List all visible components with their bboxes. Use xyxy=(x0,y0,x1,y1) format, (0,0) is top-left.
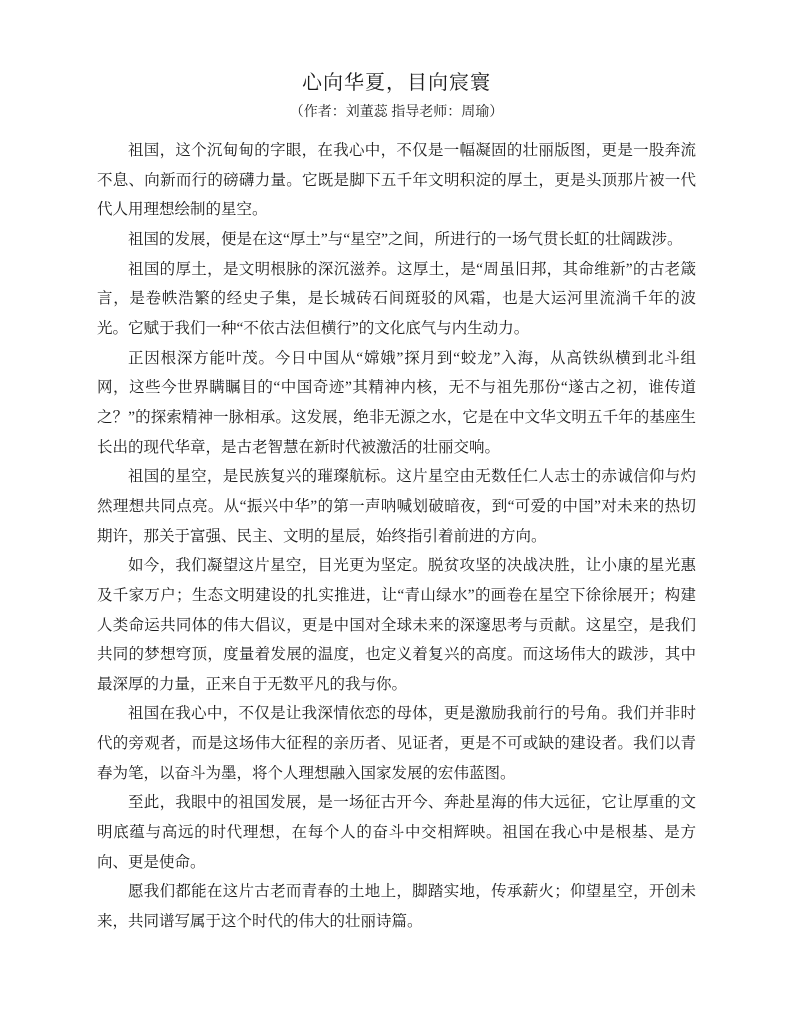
document-byline: （作者：刘董蕊 指导老师：周瑜） xyxy=(97,103,696,123)
document-page: 心向华夏，目向宸寰 （作者：刘董蕊 指导老师：周瑜） 祖国，这个沉甸甸的字眼，在… xyxy=(0,0,793,1024)
paragraph: 祖国的发展，便是在这“厚土”与“星空”之间，所进行的一场气贯长虹的壮阔跋涉。 xyxy=(97,225,696,255)
paragraph: 愿我们都能在这片古老而青春的土地上，脚踏实地，传承薪火；仰望星空，开创未来，共同… xyxy=(97,877,696,936)
document-title: 心向华夏，目向宸寰 xyxy=(97,70,696,96)
paragraph: 正因根深方能叶茂。今日中国从“嫦娥”探月到“蛟龙”入海，从高铁纵横到北斗组网，这… xyxy=(97,344,696,463)
document-body: 祖国，这个沉甸甸的字眼，在我心中，不仅是一幅凝固的壮丽版图，更是一股奔流不息、向… xyxy=(97,136,696,937)
paragraph: 祖国的星空，是民族复兴的璀璨航标。这片星空由无数任仁人志士的赤诚信仰与灼然理想共… xyxy=(97,462,696,551)
paragraph: 祖国的厚土，是文明根脉的深沉滋养。这厚土，是“周虽旧邦，其命维新”的古老箴言，是… xyxy=(97,255,696,344)
paragraph: 如今，我们凝望这片星空，目光更为坚定。脱贫攻坚的决战决胜，让小康的星光惠及千家万… xyxy=(97,551,696,699)
paragraph: 祖国在我心中，不仅是让我深情依恋的母体，更是激励我前行的号角。我们并非时代的旁观… xyxy=(97,699,696,788)
paragraph: 祖国，这个沉甸甸的字眼，在我心中，不仅是一幅凝固的壮丽版图，更是一股奔流不息、向… xyxy=(97,136,696,225)
paragraph: 至此，我眼中的祖国发展，是一场征古开今、奔赴星海的伟大远征，它让厚重的文明底蕴与… xyxy=(97,788,696,877)
